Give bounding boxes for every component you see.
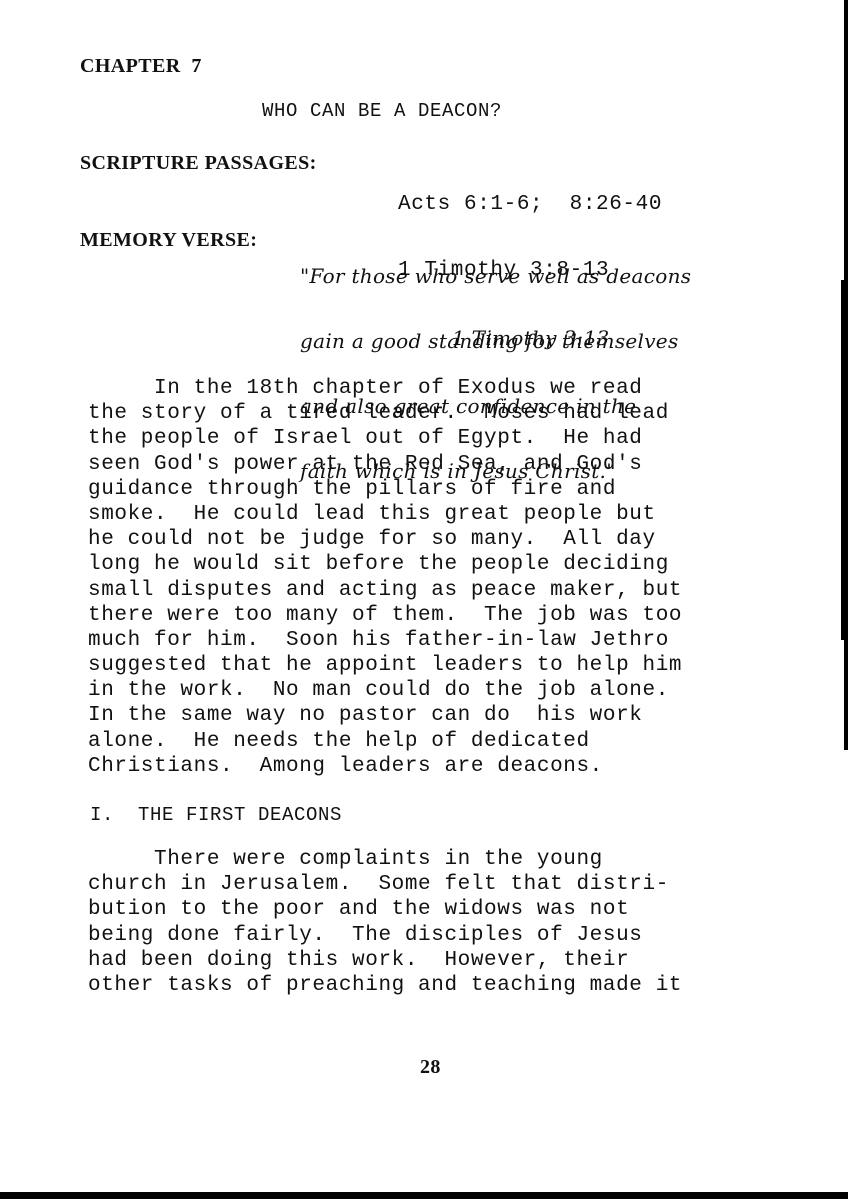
memory-verse-label: MEMORY VERSE: [80, 230, 257, 250]
text-line: bution to the poor and the widows was no… [88, 899, 682, 924]
text-line: Christians. Among leaders are deacons. [88, 756, 682, 781]
text-line: there were too many of them. The job was… [88, 605, 682, 630]
page-title: WHO CAN BE A DEACON? [262, 102, 502, 121]
text-line: the story of a tired leader. Moses had l… [88, 403, 682, 428]
scripture-label: SCRIPTURE PASSAGES: [80, 153, 317, 173]
text-line: alone. He needs the help of dedicated [88, 731, 682, 756]
text-line: long he would sit before the people deci… [88, 554, 682, 579]
section-heading: I. THE FIRST DEACONS [90, 806, 342, 825]
text-line: the people of Israel out of Egypt. He ha… [88, 428, 682, 453]
text-line: had been doing this work. However, their [88, 950, 682, 975]
memory-verse-reference: 1 Timothy 3:13 [452, 328, 610, 348]
scan-edge-shadow [841, 280, 846, 640]
text-line: small disputes and acting as peace maker… [88, 580, 682, 605]
text-line: There were complaints in the young [88, 849, 682, 874]
text-line: other tasks of preaching and teaching ma… [88, 975, 682, 1000]
verse-line: "For those who serve well as deacons [300, 266, 691, 291]
scan-bottom-border [0, 1192, 848, 1199]
text-line: much for him. Soon his father-in-law Jet… [88, 630, 682, 655]
text-line: being done fairly. The disciples of Jesu… [88, 925, 682, 950]
text-line: In the same way no pastor can do his wor… [88, 705, 682, 730]
text-line: In the 18th chapter of Exodus we read [88, 378, 682, 403]
chapter-heading: CHAPTER 7 [80, 56, 202, 76]
body-paragraph-intro: In the 18th chapter of Exodus we read th… [88, 378, 682, 781]
text-line: suggested that he appoint leaders to hel… [88, 655, 682, 680]
body-paragraph-first-deacons: There were complaints in the young churc… [88, 849, 682, 1000]
scripture-ref: Acts 6:1-6; 8:26-40 [398, 194, 662, 218]
text-line: in the work. No man could do the job alo… [88, 680, 682, 705]
text-line: guidance through the pillars of fire and [88, 479, 682, 504]
text-line: church in Jerusalem. Some felt that dist… [88, 874, 682, 899]
text-line: smoke. He could lead this great people b… [88, 504, 682, 529]
text-line: seen God's power at the Red Sea, and God… [88, 454, 682, 479]
text-line: he could not be judge for so many. All d… [88, 529, 682, 554]
page-number: 28 [420, 1057, 441, 1077]
